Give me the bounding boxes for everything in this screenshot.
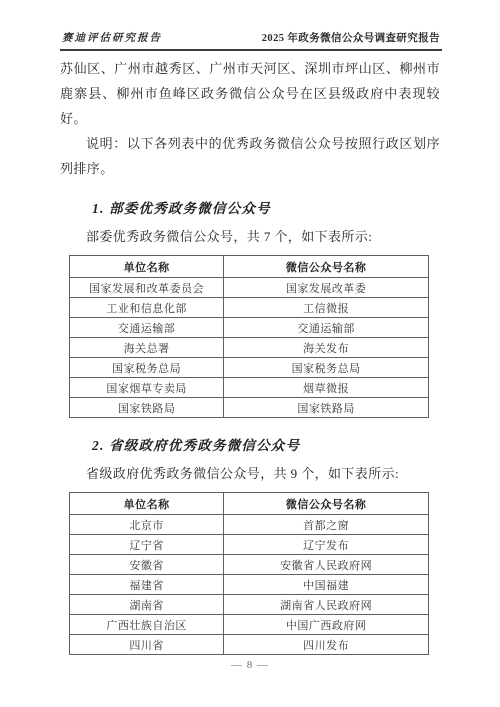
unit-name-cell: 湖南省 <box>70 595 224 615</box>
table-row: 四川省四川发布 <box>70 635 429 655</box>
account-name-cell: 国家税务总局 <box>224 358 429 378</box>
provincial-accounts-table: 单位名称微信公众号名称北京市首都之窗辽宁省辽宁发布安徽省安徽省人民政府网福建省中… <box>69 492 429 655</box>
body-paragraph-continuation: 苏仙区、广州市越秀区、广州市天河区、深圳市坪山区、柳州市鹿寨县、柳州市鱼峰区政务… <box>60 56 440 131</box>
page-header: 赛迪评估研究报告 2025 年政务微信公众号调查研究报告 <box>62 30 440 45</box>
unit-name-cell: 国家税务总局 <box>70 358 224 378</box>
unit-name-cell: 福建省 <box>70 575 224 595</box>
header-report-title: 2025 年政务微信公众号调查研究报告 <box>262 30 440 45</box>
table-row: 交通运输部交通运输部 <box>70 318 429 338</box>
table-row: 国家税务总局国家税务总局 <box>70 358 429 378</box>
unit-name-cell: 工业和信息化部 <box>70 298 224 318</box>
table-row: 工业和信息化部工信微报 <box>70 298 429 318</box>
table-row: 辽宁省辽宁发布 <box>70 535 429 555</box>
section-2-heading: 2. 省级政府优秀政务微信公众号 <box>92 434 440 454</box>
unit-name-cell: 辽宁省 <box>70 535 224 555</box>
table-row: 安徽省安徽省人民政府网 <box>70 555 429 575</box>
unit-name-cell: 安徽省 <box>70 555 224 575</box>
table-row: 国家发展和改革委员会国家发展改革委 <box>70 278 429 298</box>
section-2-intro: 省级政府优秀政务微信公众号，共 9 个，如下表所示: <box>60 464 440 484</box>
table-row: 国家铁路局国家铁路局 <box>70 398 429 418</box>
unit-name-cell: 国家发展和改革委员会 <box>70 278 224 298</box>
table-row: 广西壮族自治区中国广西政府网 <box>70 615 429 635</box>
table-header-row: 单位名称微信公众号名称 <box>70 493 429 515</box>
account-name-cell: 四川发布 <box>224 635 429 655</box>
account-name-cell: 交通运输部 <box>224 318 429 338</box>
account-name-cell: 海关发布 <box>224 338 429 358</box>
account-name-cell: 湖南省人民政府网 <box>224 595 429 615</box>
account-name-cell: 国家发展改革委 <box>224 278 429 298</box>
account-name-cell: 首都之窗 <box>224 515 429 535</box>
unit-name-cell: 广西壮族自治区 <box>70 615 224 635</box>
table-row: 北京市首都之窗 <box>70 515 429 535</box>
unit-name-cell: 北京市 <box>70 515 224 535</box>
unit-name-cell: 四川省 <box>70 635 224 655</box>
column-header: 微信公众号名称 <box>224 256 429 278</box>
column-header: 单位名称 <box>70 256 224 278</box>
header-series-title: 赛迪评估研究报告 <box>62 30 162 45</box>
column-header: 单位名称 <box>70 493 224 515</box>
unit-name-cell: 海关总署 <box>70 338 224 358</box>
table-row: 福建省中国福建 <box>70 575 429 595</box>
table-row: 海关总署海关发布 <box>70 338 429 358</box>
unit-name-cell: 交通运输部 <box>70 318 224 338</box>
note-paragraph: 说明：以下各列表中的优秀政务微信公众号按照行政区划序列排序。 <box>60 131 440 181</box>
account-name-cell: 国家铁路局 <box>224 398 429 418</box>
section-1-intro: 部委优秀政务微信公众号，共 7 个，如下表所示: <box>60 227 440 247</box>
account-name-cell: 安徽省人民政府网 <box>224 555 429 575</box>
table-header-row: 单位名称微信公众号名称 <box>70 256 429 278</box>
account-name-cell: 中国福建 <box>224 575 429 595</box>
account-name-cell: 工信微报 <box>224 298 429 318</box>
page-number: — 8 — <box>0 659 500 671</box>
unit-name-cell: 国家铁路局 <box>70 398 224 418</box>
account-name-cell: 中国广西政府网 <box>224 615 429 635</box>
document-page: 赛迪评估研究报告 2025 年政务微信公众号调查研究报告 苏仙区、广州市越秀区、… <box>0 0 500 707</box>
section-1-heading: 1. 部委优秀政务微信公众号 <box>92 197 440 217</box>
header-divider <box>60 49 442 51</box>
account-name-cell: 烟草微报 <box>224 378 429 398</box>
ministry-accounts-table: 单位名称微信公众号名称国家发展和改革委员会国家发展改革委工业和信息化部工信微报交… <box>69 255 429 418</box>
account-name-cell: 辽宁发布 <box>224 535 429 555</box>
column-header: 微信公众号名称 <box>224 493 429 515</box>
table-row: 湖南省湖南省人民政府网 <box>70 595 429 615</box>
unit-name-cell: 国家烟草专卖局 <box>70 378 224 398</box>
page-body: 苏仙区、广州市越秀区、广州市天河区、深圳市坪山区、柳州市鹿寨县、柳州市鱼峰区政务… <box>60 56 440 655</box>
table-row: 国家烟草专卖局烟草微报 <box>70 378 429 398</box>
